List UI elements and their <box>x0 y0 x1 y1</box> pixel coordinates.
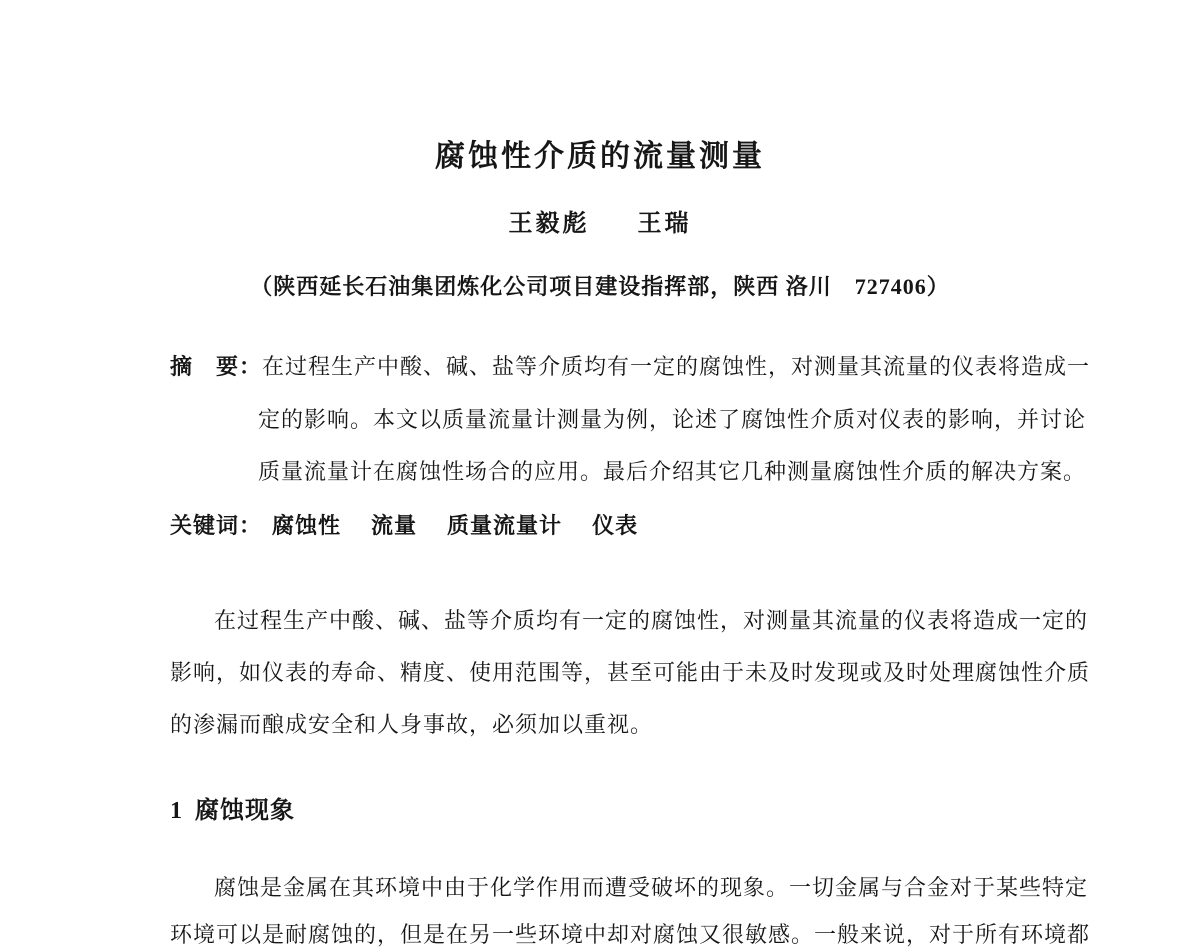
paragraph1-line-2: 影响，如仪表的寿命、精度、使用范围等，甚至可能由于未及时发现或及时处理腐蚀性介质 <box>170 647 1090 699</box>
body-paragraph-1: 在过程生产中酸、碱、盐等介质均有一定的腐蚀性，对测量其流量的仪表将造成一定的 影… <box>170 595 1090 751</box>
affiliation: （陕西延长石油集团炼化公司项目建设指挥部，陕西 洛川 727406） <box>0 270 1200 301</box>
abstract-line-2: 定的影响。本文以质量流量计测量为例，论述了腐蚀性介质对仪表的影响，并讨论 <box>170 394 1090 447</box>
keywords-line: 关键词：腐蚀性流量质量流量计仪表 <box>170 500 638 552</box>
paragraph1-line-3: 的渗漏而酿成安全和人身事故，必须加以重视。 <box>170 699 1090 751</box>
keywords-label: 关键词： <box>170 513 262 538</box>
abstract-text-1: 在过程生产中酸、碱、盐等介质均有一定的腐蚀性，对测量其流量的仪表将造成一 <box>262 354 1090 379</box>
section-number: 1 <box>170 798 183 824</box>
paragraph2-line-1: 腐蚀是金属在其环境中由于化学作用而遭受破坏的现象。一切金属与合金对于某些特定 <box>170 864 1090 911</box>
section-title: 腐蚀现象 <box>195 798 295 824</box>
keyword-item-2: 流量 <box>371 513 417 538</box>
abstract-line-1: 摘 要：在过程生产中酸、碱、盐等介质均有一定的腐蚀性，对测量其流量的仪表将造成一 <box>170 341 1090 394</box>
keyword-item-4: 仪表 <box>592 513 638 538</box>
section-heading-1: 1腐蚀现象 <box>170 790 295 825</box>
body-paragraph-2: 腐蚀是金属在其环境中由于化学作用而遭受破坏的现象。一切金属与合金对于某些特定 环… <box>170 864 1090 952</box>
abstract-label: 摘 要： <box>170 354 262 379</box>
keyword-item-1: 腐蚀性 <box>272 513 341 538</box>
abstract-line-3: 质量流量计在腐蚀性场合的应用。最后介绍其它几种测量腐蚀性介质的解决方案。 <box>170 446 1090 499</box>
paragraph2-line-2: 环境可以是耐腐蚀的，但是在另一些环境中却对腐蚀又很敏感。一般来说，对于所有环境都 <box>170 911 1090 952</box>
author-1: 王毅彪 <box>509 211 590 237</box>
paper-page: 腐蚀性介质的流量测量 王毅彪 王瑞 （陕西延长石油集团炼化公司项目建设指挥部，陕… <box>0 0 1200 952</box>
keyword-item-3: 质量流量计 <box>447 513 562 538</box>
paper-title: 腐蚀性介质的流量测量 <box>0 131 1200 175</box>
author-line: 王毅彪 王瑞 <box>0 203 1200 238</box>
paragraph1-line-1: 在过程生产中酸、碱、盐等介质均有一定的腐蚀性，对测量其流量的仪表将造成一定的 <box>170 595 1090 647</box>
abstract-block: 摘 要：在过程生产中酸、碱、盐等介质均有一定的腐蚀性，对测量其流量的仪表将造成一… <box>170 341 1090 499</box>
author-2: 王瑞 <box>638 211 692 237</box>
